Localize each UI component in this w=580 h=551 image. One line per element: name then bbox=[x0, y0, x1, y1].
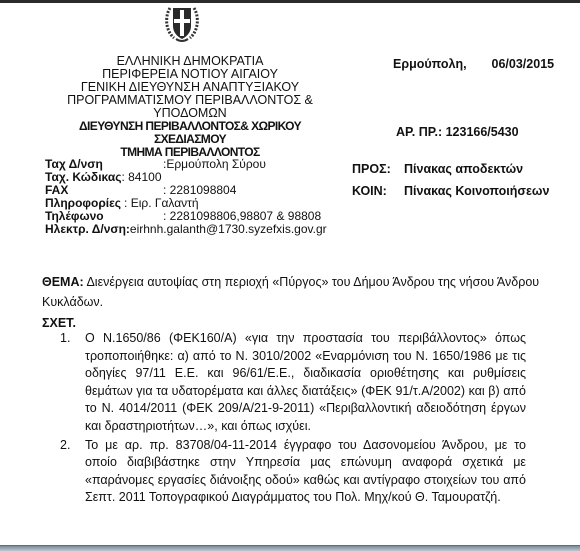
contact-details: Ταχ Δ/νση:Ερμούπολη Σύρου Ταχ. Κώδικας: … bbox=[45, 158, 327, 236]
to-value: Πίνακας αποδεκτών bbox=[404, 162, 523, 184]
window-top-border bbox=[0, 0, 580, 3]
related-list: 1. Ο Ν.1650/86 (ΦΕΚ160/Α) «για την προστ… bbox=[60, 330, 526, 508]
cc-value: Πίνακας Κοινοποιήσεων bbox=[404, 184, 549, 206]
date: 06/03/2015 bbox=[492, 57, 555, 71]
to-label: ΠΡΟΣ: bbox=[352, 162, 404, 184]
greek-coat-of-arms-icon bbox=[162, 2, 202, 44]
city: Ερμούπολη, bbox=[393, 57, 467, 71]
issuing-authority: ΕΛΛΗΝΙΚΗ ΔΗΜΟΚΡΑΤΙΑ ΠΕΡΙΦΕΡΕΙΑ ΝΟΤΙΟΥ ΑΙ… bbox=[50, 55, 330, 159]
related-label: ΣΧΕΤ. bbox=[42, 316, 76, 330]
recipients: ΠΡΟΣ:Πίνακας αποδεκτών ΚΟΙΝ:Πίνακας Κοιν… bbox=[352, 162, 549, 206]
directorate: ΔΙΕΥΘΥΝΣΗ ΠΕΡΙΒΑΛΛΟΝΤΟΣ& ΧΩΡΙΚΟΥ ΣΧΕΔΙΑΣ… bbox=[50, 120, 330, 146]
subject: ΘΕΜΑ: Διενέργεια αυτοψίας στη περιοχή «Π… bbox=[42, 272, 542, 312]
list-item: 1. Ο Ν.1650/86 (ΦΕΚ160/Α) «για την προστ… bbox=[60, 330, 526, 436]
cc-label: ΚΟΙΝ: bbox=[352, 184, 404, 206]
subject-label: ΘΕΜΑ: bbox=[42, 275, 84, 289]
email-link[interactable]: eirhnh.galanth@1730.syzefxis.gov.gr bbox=[130, 223, 327, 236]
protocol-number: ΑΡ. ΠΡ.: 123166/5430 bbox=[396, 125, 519, 139]
list-item: 2. Το με αρ. πρ. 83708/04-11-2014 έγγραφ… bbox=[60, 437, 526, 507]
subject-text: Διενέργεια αυτοψίας στη περιοχή «Πύργος»… bbox=[42, 275, 539, 309]
window-bottom-border bbox=[0, 545, 580, 551]
place-and-date: Ερμούπολη, 06/03/2015 bbox=[393, 57, 554, 71]
contact-row: Ηλεκτρ. Δ/νση: eirhnh.galanth@1730.syzef… bbox=[45, 223, 327, 236]
